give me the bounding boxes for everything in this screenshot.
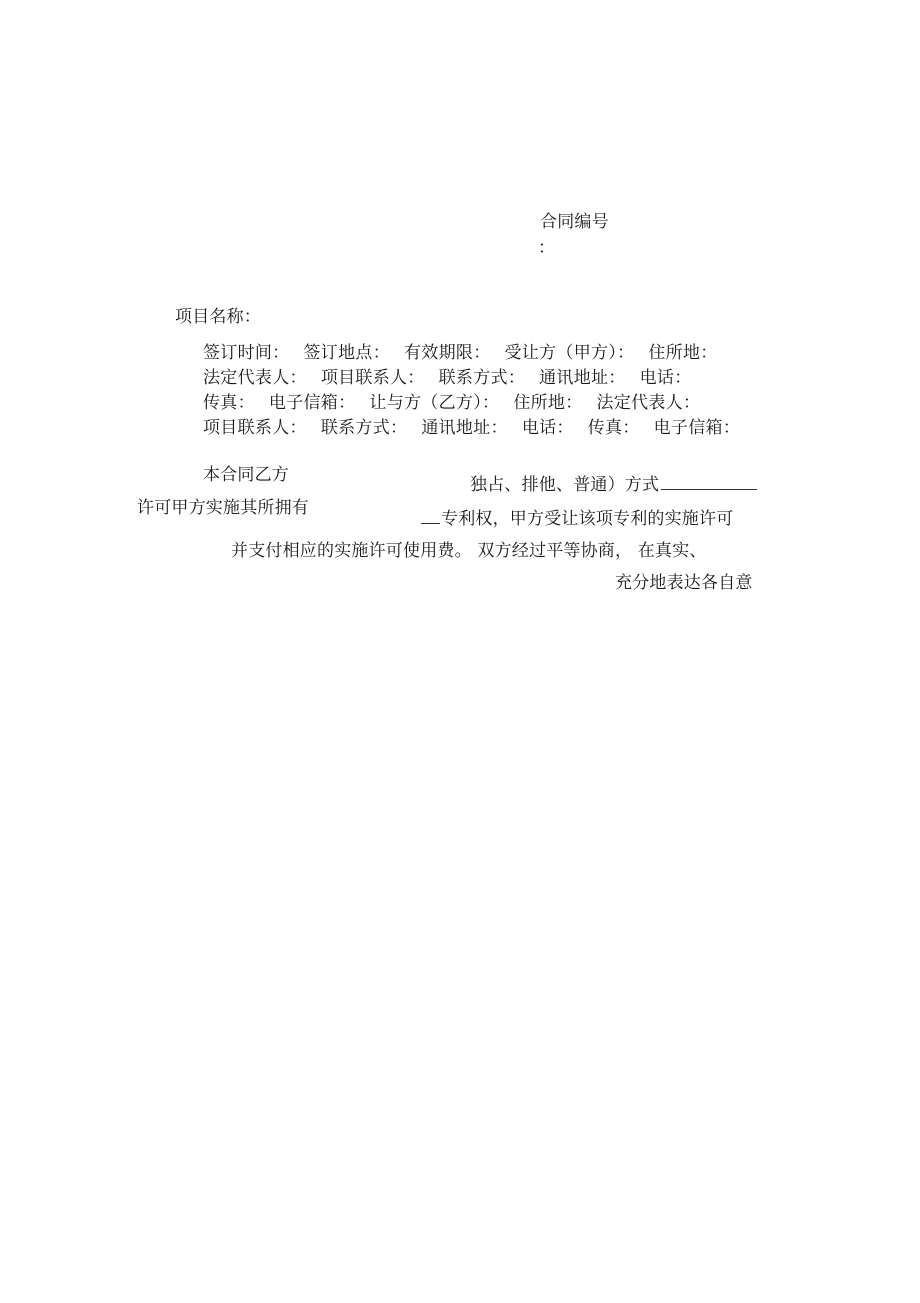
- body-line4: 充分地表达各自意: [615, 573, 753, 593]
- party-a-email-label: 电子信箱：: [269, 393, 356, 413]
- party-a-project-contact-label: 项目联系人：: [321, 368, 425, 388]
- party-b-fax-label: 传真：: [588, 418, 640, 438]
- body-line2-left: 许可甲方实施其所拥有: [137, 498, 309, 518]
- party-b-phone-label: 电话：: [522, 418, 574, 438]
- party-a-contact-method-label: 联系方式：: [439, 368, 526, 388]
- licensor-party-b-label: 让与方（乙方）：: [369, 393, 499, 413]
- document-page: 合同编号 ： 项目名称： 签订时间：签订地点：有效期限：受让方（甲方）：住所地：…: [0, 0, 920, 1303]
- license-type-text: 独占、排他、普通）方式: [470, 475, 659, 495]
- patent-right-text: 专利权，甲方受让该项专利的实施许可: [441, 509, 733, 529]
- info-line-1: 签订时间：签订地点：有效期限：受让方（甲方）：住所地：: [203, 341, 718, 366]
- party-a-legal-rep-label: 法定代表人：: [203, 368, 307, 388]
- contract-number-label: 合同编号: [540, 212, 609, 232]
- project-name-label: 项目名称：: [175, 307, 261, 327]
- body-line3: 并支付相应的实施许可使用费。 双方经过平等协商， 在真实、: [231, 541, 707, 561]
- license-type-blank: [661, 473, 757, 490]
- party-a-phone-label: 电话：: [640, 368, 692, 388]
- body-line2-right: 专利权，甲方受让该项专利的实施许可: [421, 507, 733, 529]
- licensee-party-a-label: 受让方（甲方）：: [505, 343, 635, 363]
- validity-period-label: 有效期限：: [404, 343, 491, 363]
- signing-place-label: 签订地点：: [304, 343, 391, 363]
- party-b-address-label: 住所地：: [513, 393, 582, 413]
- info-line-3: 传真：电子信箱：让与方（乙方）：住所地：法定代表人：: [203, 391, 700, 416]
- party-b-legal-rep-label: 法定代表人：: [597, 393, 701, 413]
- body-line1-right: 独占、排他、普通）方式: [470, 473, 757, 495]
- party-b-contact-method-label: 联系方式：: [321, 418, 408, 438]
- party-b-mailing-address-label: 通讯地址：: [421, 418, 508, 438]
- info-line-4: 项目联系人：联系方式：通讯地址：电话：传真：电子信箱：: [203, 416, 740, 441]
- contract-number-colon: ：: [538, 238, 555, 258]
- info-line-2: 法定代表人：项目联系人：联系方式：通讯地址：电话：: [203, 366, 692, 391]
- party-b-email-label: 电子信箱：: [654, 418, 741, 438]
- signing-time-label: 签订时间：: [203, 343, 290, 363]
- party-a-mailing-address-label: 通讯地址：: [539, 368, 626, 388]
- body-line1-left: 本合同乙方: [203, 465, 289, 485]
- party-a-address-label: 住所地：: [648, 343, 717, 363]
- patent-name-blank: [421, 507, 440, 524]
- party-b-project-contact-label: 项目联系人：: [203, 418, 307, 438]
- party-a-fax-label: 传真：: [203, 393, 255, 413]
